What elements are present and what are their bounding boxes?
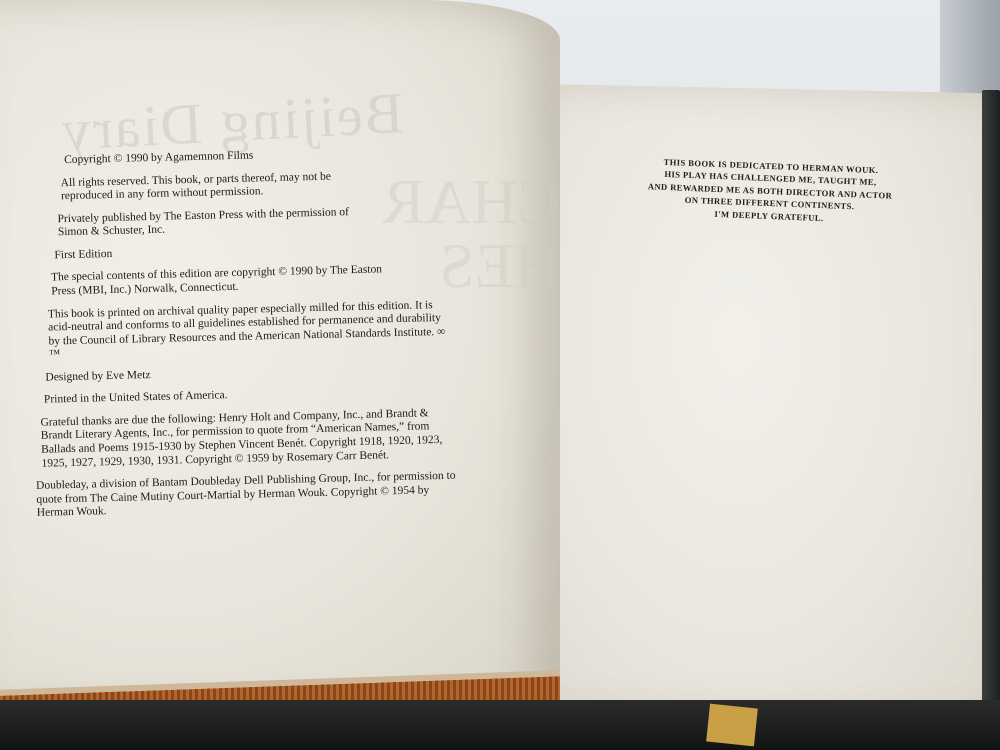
book-cover-bottom [0, 700, 1000, 750]
thanks-paragraph: Grateful thanks are due the following: H… [40, 406, 461, 470]
archival-paper-paragraph: This book is printed on archival quality… [48, 298, 449, 362]
printed-in: Printed in the United States of America. [44, 384, 464, 408]
photo-scene: THIS BOOK IS DEDICATED TO HERMAN WOUK. H… [0, 0, 1000, 750]
book-cover-right-edge [982, 90, 1000, 730]
rights-paragraph: All rights reserved. This book, or parts… [61, 169, 372, 204]
edition-label: First Edition [54, 239, 460, 262]
bookmark-ribbon [706, 704, 758, 747]
designer-credit: Designed by Eve Metz [45, 361, 463, 385]
dedication-text: THIS BOOK IS DEDICATED TO HERMAN WOUK. H… [619, 154, 921, 228]
doubleday-paragraph: Doubleday, a division of Bantam Doubleda… [36, 470, 467, 521]
special-contents-paragraph: The special contents of this edition are… [51, 264, 392, 299]
publisher-paragraph: Privately published by The Easton Press … [57, 206, 358, 240]
copyright-block: Copyright © 1990 by Agamemnon Films All … [28, 144, 467, 529]
